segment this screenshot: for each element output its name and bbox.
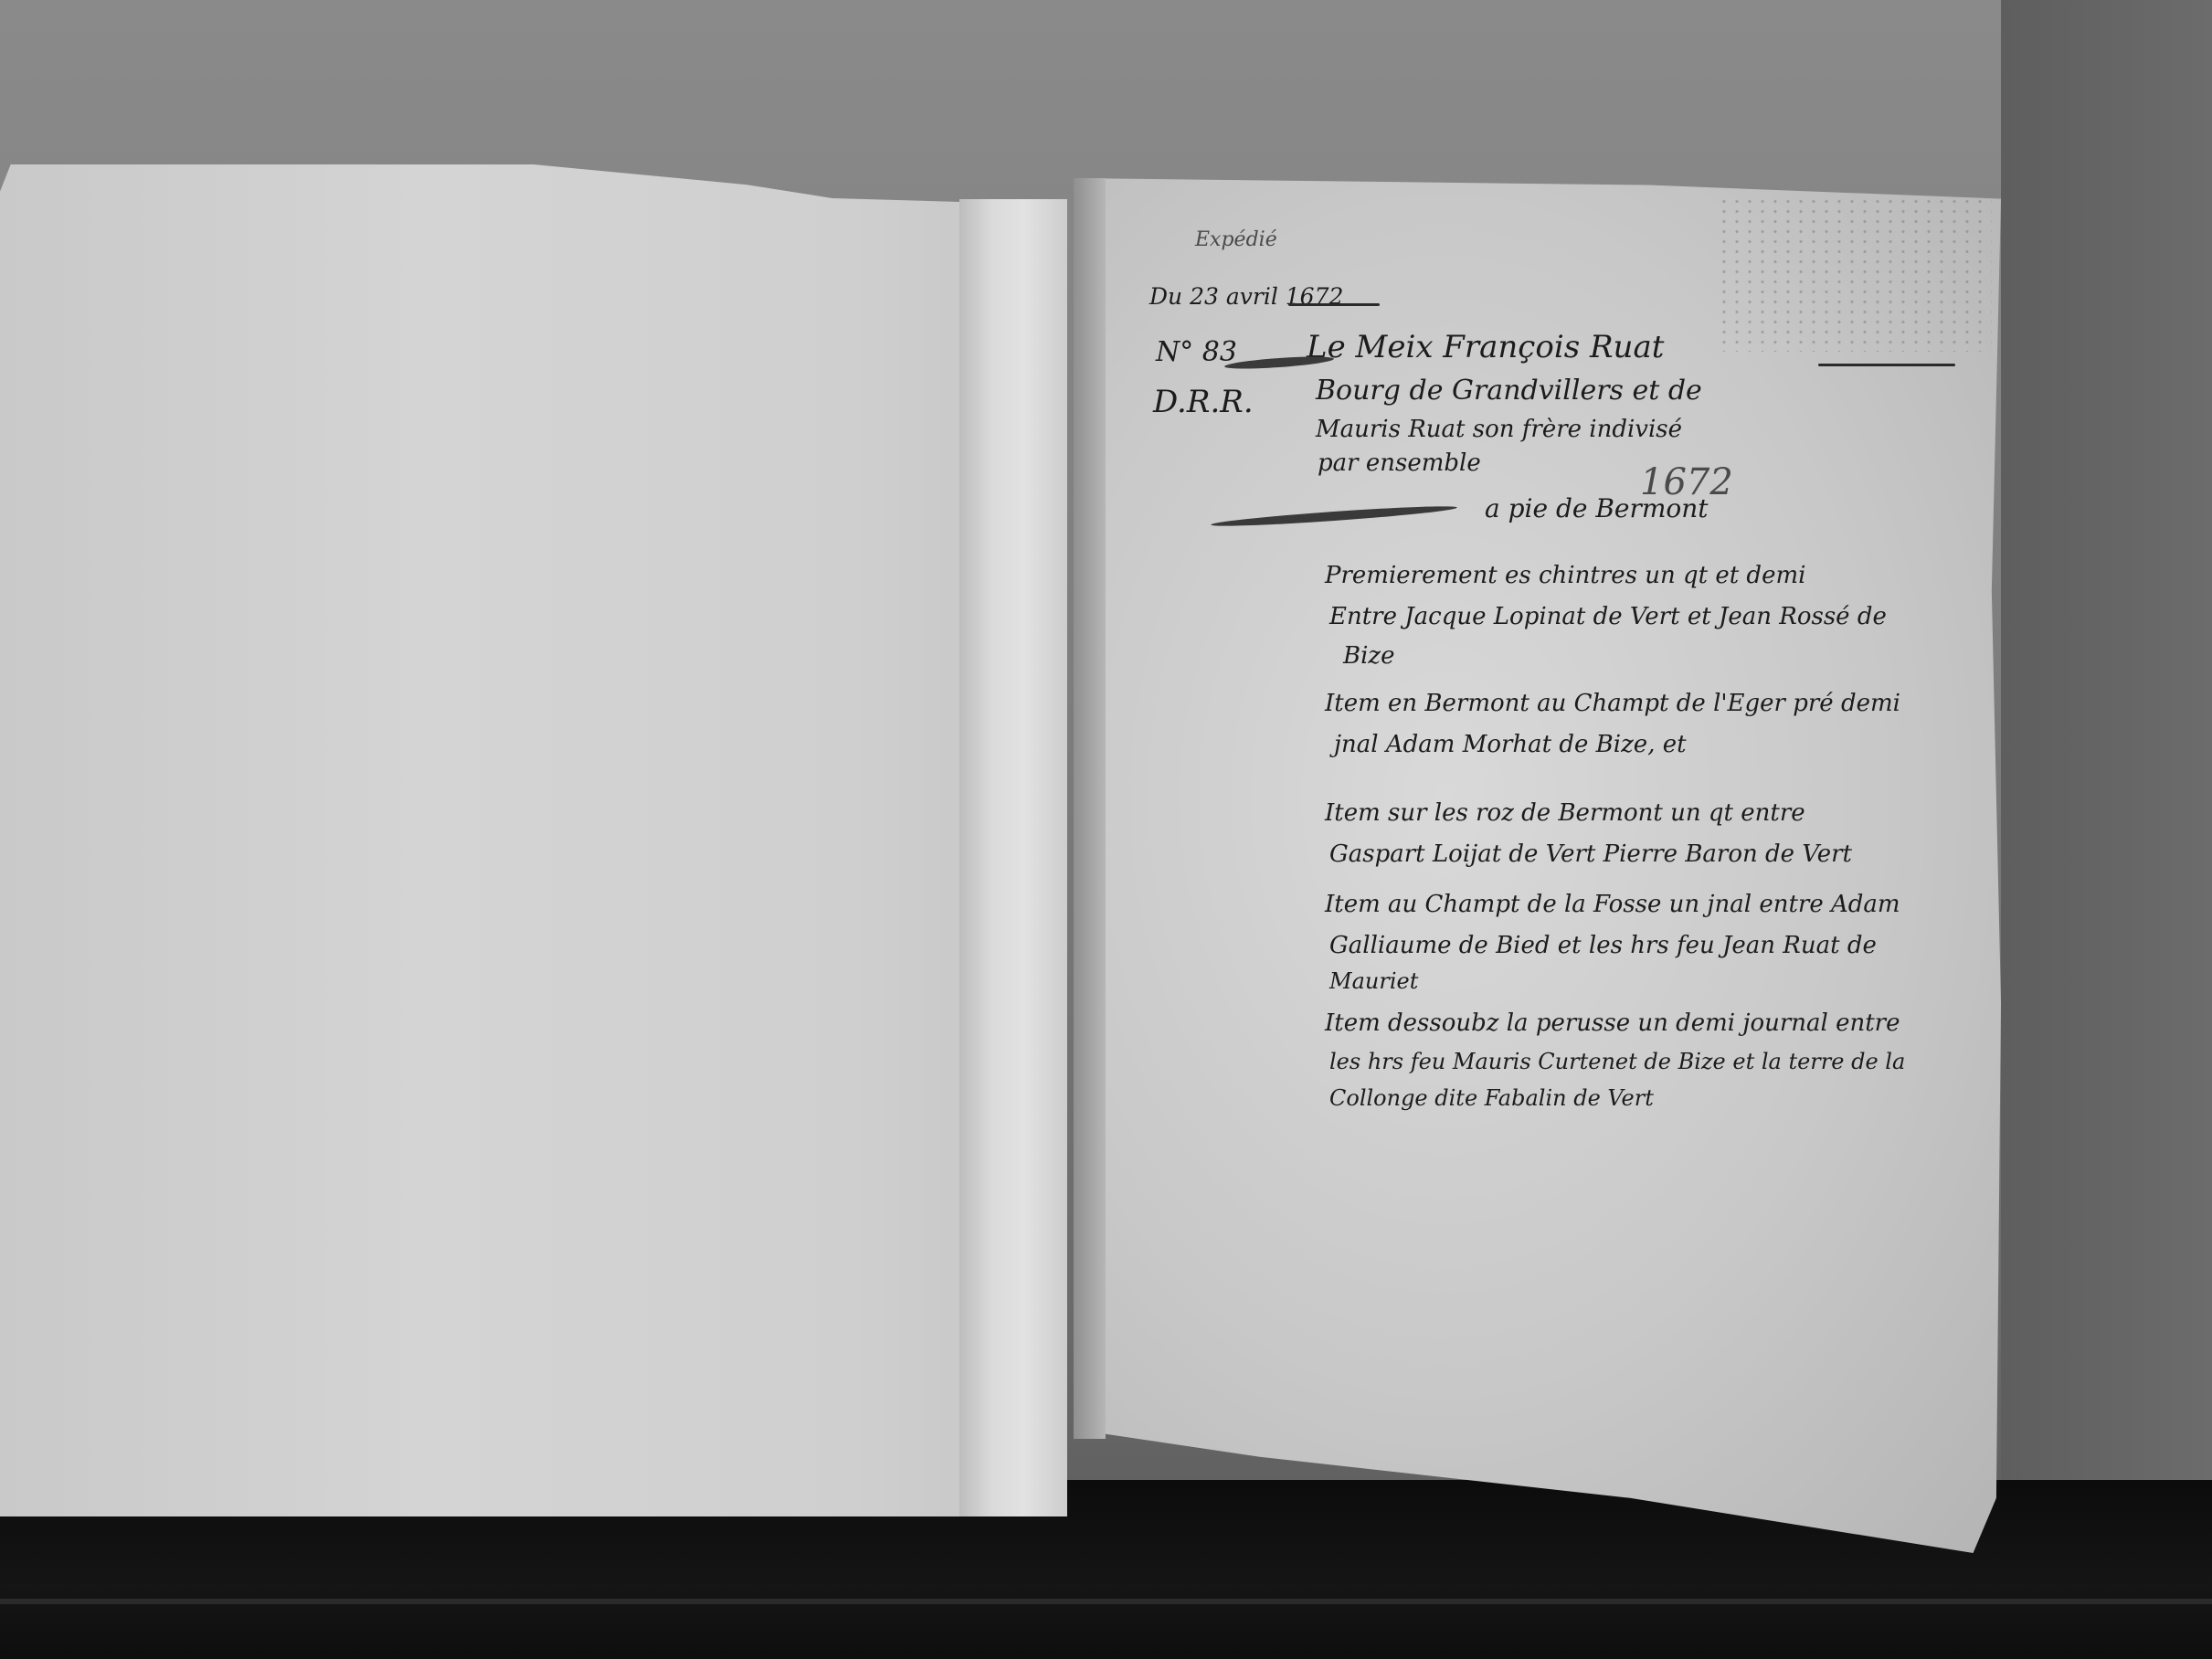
item-2-line-1: Item en Bermont au Champt de l'Eger pré … (1325, 690, 1900, 717)
page-fold (959, 199, 1067, 1516)
item-1-line-3: Bize (1343, 642, 1395, 670)
item-2-line-2: jnal Adam Morhat de Bize, et (1334, 731, 1687, 758)
item-5-line-3: Collonge dite Fabalin de Vert (1329, 1085, 1654, 1111)
item-4-line-1: Item au Champt de la Fosse un jnal entre… (1325, 891, 1900, 918)
heading-line-3: Mauris Ruat son frère indivisé (1316, 416, 1682, 443)
margin-initials: D.R.R. (1153, 384, 1254, 420)
margin-expedie: Expédié (1195, 228, 1277, 251)
location-line: a pie de Bermont (1485, 493, 1709, 523)
heading-line-1: Le Meix François Ruat (1307, 329, 1664, 365)
item-1-line-2: Entre Jacque Lopinat de Vert et Jean Ros… (1329, 603, 1887, 630)
manuscript-spine (1074, 178, 1106, 1439)
heading-line-2: Bourg de Grandvillers et de (1316, 375, 1702, 407)
item-4-line-3: Mauriet (1329, 968, 1418, 994)
margin-number: N° 83 (1156, 336, 1237, 368)
item-1-line-1: Premierement es chintres un qt et demi (1325, 562, 1805, 589)
background-right (2001, 0, 2212, 1553)
table-edge-highlight (0, 1599, 2212, 1604)
foxing-stains (1718, 196, 1992, 352)
item-4-line-2: Galliaume de Bied et les hrs feu Jean Ru… (1329, 932, 1877, 959)
item-3-line-1: Item sur les roz de Bermont un qt entre (1325, 799, 1805, 827)
heading-underline (1818, 364, 1955, 366)
heading-line-4: par ensemble (1318, 449, 1481, 477)
item-3-line-2: Gaspart Loijat de Vert Pierre Baron de V… (1329, 840, 1852, 868)
date-underline (1288, 303, 1380, 306)
left-blank-page (0, 164, 1067, 1516)
item-5-line-2: les hrs feu Mauris Curtenet de Bize et l… (1329, 1049, 1905, 1074)
item-5-line-1: Item dessoubz la perusse un demi journal… (1325, 1009, 1900, 1037)
